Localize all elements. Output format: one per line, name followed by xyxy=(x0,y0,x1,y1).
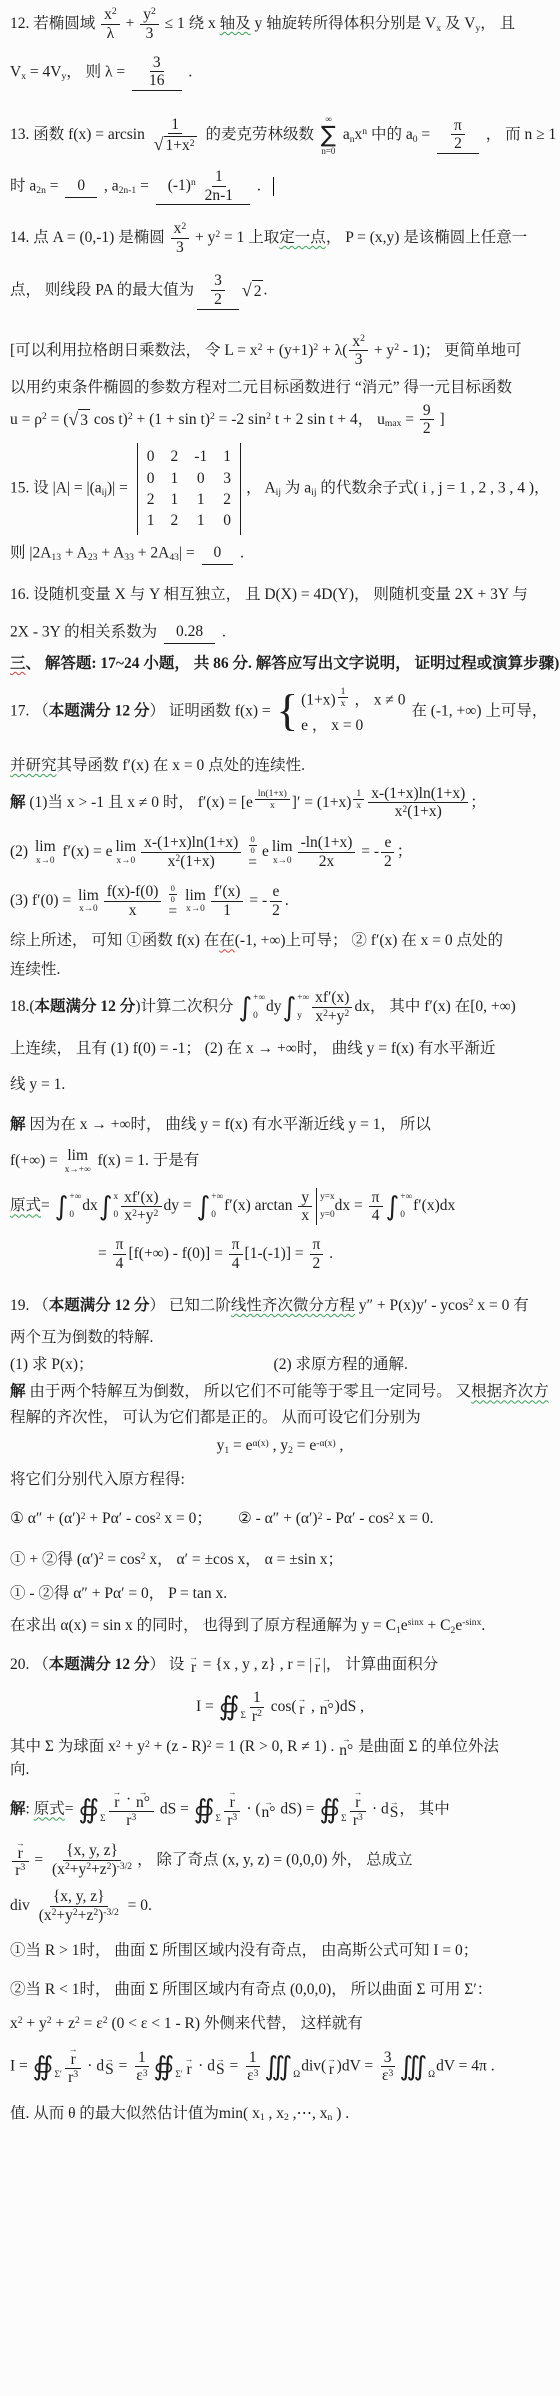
text-caret xyxy=(273,177,275,196)
document-page: 12. 若椭圆域 x2λ + y23 ≤ 1 绕 x 轴及 y 轴旋转所得体积分… xyxy=(0,0,560,2396)
problem-13-statement: 13. 函数 f(x) = arcsin 1√1+x2 的麦克劳林级数 ∞∑n=… xyxy=(10,115,550,155)
problem-20-solution-2: →rr3 = {x, y, z}(x2+y2+z2)-3/2， 除了奇点 (x,… xyxy=(10,1841,550,1880)
problem-20-case-1: ①当 R > 1时， 曲面 Σ 所围区域内没有奇点， 由高斯公式可知 I = 0… xyxy=(10,1940,550,1962)
problem-17-conclusion-1: 综上所述， 可知 ①函数 f(x) 在在(-1, +∞)上可导； ② f′(x)… xyxy=(10,930,550,952)
problem-20-statement-2: 其中 Σ 为球面 x2 + y2 + (z - R)2 = 1 (R > 0, … xyxy=(10,1736,550,1758)
section-3-heading: 三、 解答题: 17~24 小题， 共 86 分. 解答应写出文字说明， 证明过… xyxy=(10,653,550,675)
problem-20-statement-1: 20. （本题满分 12 分） 设 →r = {x , y , z} , r =… xyxy=(10,1654,550,1676)
problem-17-conclusion-2: 连续性. xyxy=(10,959,550,981)
problem-16-statement: 16. 设随机变量 X 与 Y 相互独立， 且 D(X) = 4D(Y)， 则随… xyxy=(10,584,550,606)
problem-18-solution-3: 原式= ∫+∞0dx∫x0xf′(x)x2+y2dy = ∫+∞0f′(x) a… xyxy=(10,1188,550,1225)
problem-18-statement-1: 18.(本题满分 12 分)计算二次积分 ∫+∞0dy∫+∞yxf′(x)x2+… xyxy=(10,989,550,1026)
problem-19-questions: (1) 求 P(x)；(2) 求原方程的通解. xyxy=(10,1354,550,1376)
problem-20-case-2: ②当 R < 1时， 曲面 Σ 所围区域内有奇点 (0,0,0)， 所以曲面 Σ… xyxy=(10,1979,550,2001)
problem-18-statement-2: 上连续， 且有 (1) f(0) = -1； (2) 在 x → +∞时， 曲线… xyxy=(10,1038,550,1060)
problem-17-statement-2: 并研究其导函数 f′(x) 在 x = 0 点处的连续性. xyxy=(10,755,550,777)
problem-19-solution-5: ① + ②得 (α′)2 = cos2 x， α′ = ±cos x， α = … xyxy=(10,1549,550,1571)
problem-13-answer: 时 a2n = 0 , a2n-1 = (-1)n 12n-1 . xyxy=(10,168,550,206)
problem-19-solution-4: 将它们分别代入原方程得: xyxy=(10,1469,550,1491)
problem-20-result: I = ∯Σ′→rr3 · d→S = 1ε3∯Σ′→r · d→S = 1ε3… xyxy=(10,2047,550,2086)
problem-14-statement-1: 14. 点 A = (0,-1) 是椭圆 x23 + y2 = 1 上取定一点，… xyxy=(10,220,550,257)
problem-12-statement: 12. 若椭圆域 x2λ + y23 ≤ 1 绕 x 轴及 y 轴旋转所得体积分… xyxy=(10,6,550,43)
problem-19-solution-3: y1 = eα(x) , y2 = e-α(x) , xyxy=(10,1435,550,1457)
problem-19-solution-7: 在求出 α(x) = sin x 的同时， 也得到了原方程通解为 y = C1e… xyxy=(10,1615,550,1637)
problem-18-solution-4: = π4[f(+∞) - f(0)] = π4[1-(-1)] = π2 . xyxy=(98,1236,550,1273)
problem-20-solution-3: div {x, y, z}(x2+y2+z2)-3/2 = 0. xyxy=(10,1888,550,1925)
problem-18-solution-1: 解 因为在 x → +∞时， 曲线 y = f(x) 有水平渐近线 y = 1，… xyxy=(10,1114,550,1136)
problem-19-statement-1: 19. （本题满分 12 分） 已知二阶线性齐次微分方程 y″ + P(x)y′… xyxy=(10,1295,550,1317)
problem-17-solution-step-3: (3) f′(0) = limx→0f(x)-f(0)x00=limx→0f′(… xyxy=(10,883,550,920)
problem-12-answer: Vx = 4Vy， 则 λ = 316 . xyxy=(10,54,550,92)
problem-20-case-2b: x2 + y2 + z2 = ε2 (0 < ε < 1 - R) 外侧来代替，… xyxy=(10,2013,550,2035)
problem-14-note-1: [可以利用拉格朗日乘数法， 令 L = x2 + (y+1)2 + λ(x23 … xyxy=(10,333,550,370)
problem-18-solution-2: f(+∞) = limx→+∞ f(x) = 1. 于是有 xyxy=(10,1148,550,1175)
problem-20-statement-3: 向. xyxy=(10,1759,550,1781)
problem-19-equations: ① α″ + (α′)2 + Pα′ - cos2 x = 0；② - α″ +… xyxy=(10,1508,550,1530)
problem-14-answer: 点， 则线段 PA 的最大值为32√2. xyxy=(10,272,550,310)
problem-19-solution-2: 程解的齐次性， 可认为它们都是正的。 从而可设它们分别为 xyxy=(10,1407,550,1429)
problem-20-integral: I = ∯Σ1r2 cos(→r , →n°)dS , xyxy=(10,1689,550,1726)
problem-17-solution-step-1: 解 (1)当 x > -1 且 x ≠ 0 时， f′(x) = [eln(1+… xyxy=(10,785,550,822)
problem-17-statement-1: 17. （本题满分 12 分） 证明函数 f(x) = {(1+x)1x ， x… xyxy=(10,686,550,737)
problem-15-answer: 则 |2A13 + A23 + A33 + 2A43| = 0 . xyxy=(10,542,550,565)
problem-14-note-2: 以用约束条件椭圆的参数方程对二元目标函数进行 “消元” 得一元目标函数 xyxy=(10,377,550,399)
problem-14-note-3: u = ρ2 = (√3 cos t)2 + (1 + sin t)2 = -2… xyxy=(10,402,550,439)
problem-16-answer: 2X - 3Y 的相关系数为 0.28 . xyxy=(10,621,550,644)
problem-17-solution-step-2: (2) limx→0 f′(x) = elimx→0x-(1+x)ln(1+x)… xyxy=(10,834,550,871)
problem-19-solution-1: 解 由于两个特解互为倒数， 所以它们不可能等于零且一定同号。 又根据齐次方 xyxy=(10,1381,550,1403)
problem-19-solution-6: ① - ②得 α″ + Pα′ = 0， P = tan x. xyxy=(10,1583,550,1605)
problem-15-statement: 15. 设 |A| = |(aij)| = 02-11010321121210，… xyxy=(10,443,550,535)
problem-19-statement-2: 两个互为倒数的特解. xyxy=(10,1327,550,1349)
problem-20-solution-1: 解: 原式= ∯Σ→r · →n°r3 dS = ∯Σ→rr3 · (→n° d… xyxy=(10,1790,550,1829)
problem-18-statement-3: 线 y = 1. xyxy=(10,1074,550,1096)
problem-24-fragment: 值. 从而 θ 的最大似然估计值为min( x1 , x2 ,⋯, xn ) . xyxy=(10,2103,550,2125)
